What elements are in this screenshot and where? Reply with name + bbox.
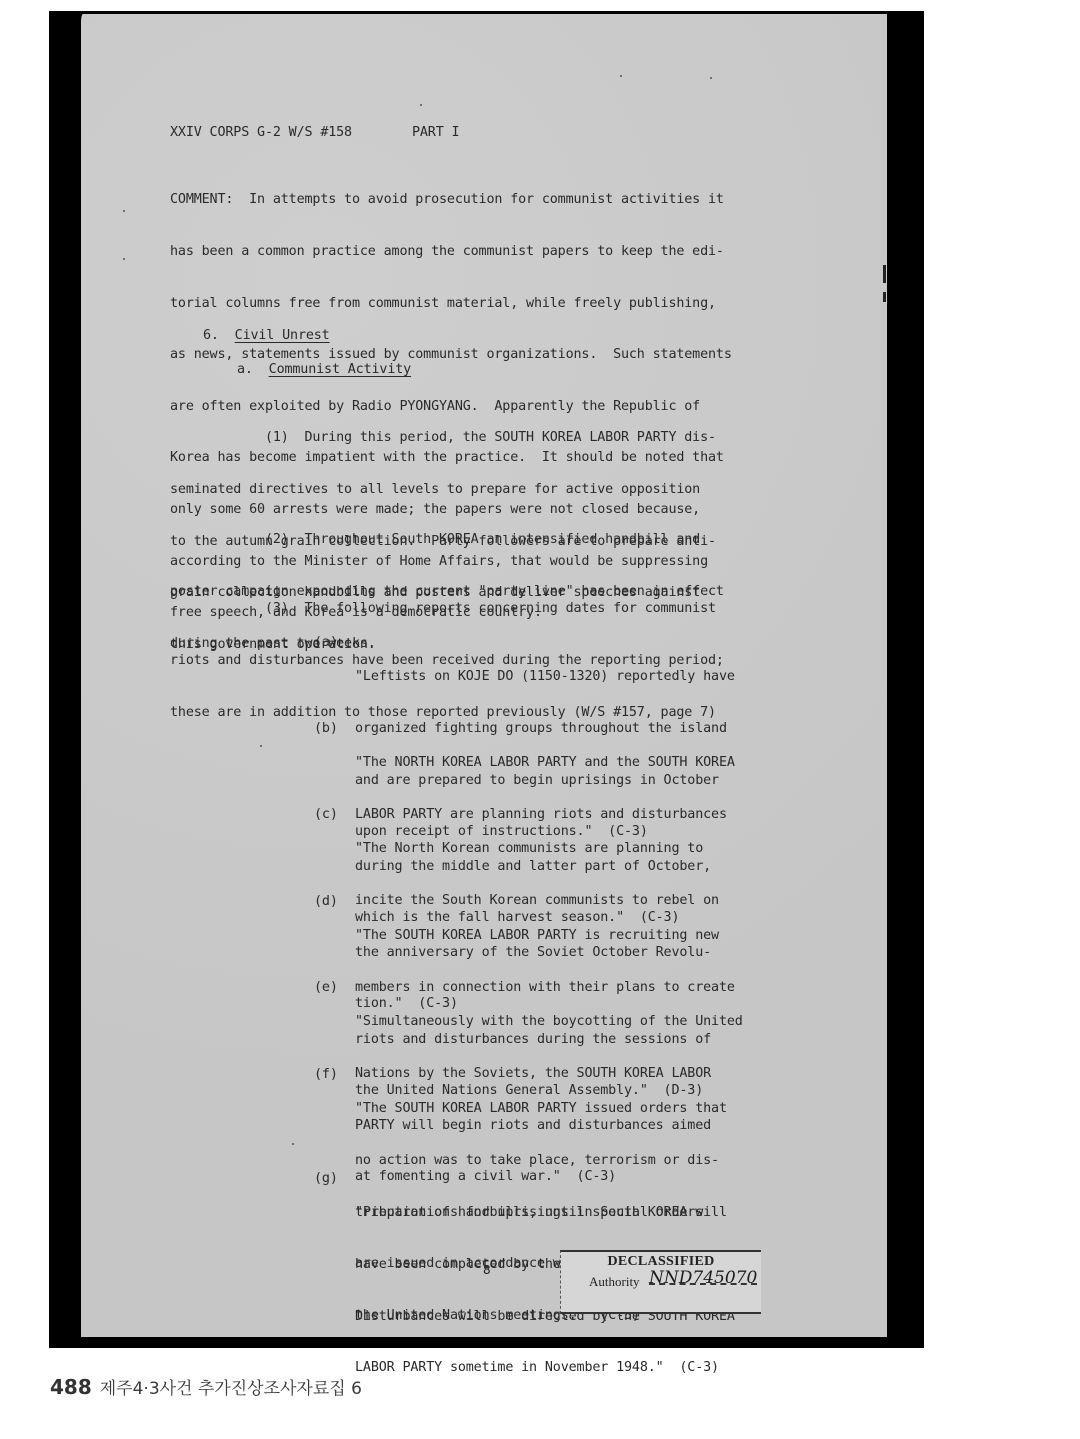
text-line: COMMENT: In attempts to avoid prosecutio… <box>170 191 732 208</box>
speck <box>260 745 262 747</box>
text-line: LABOR PARTY sometime in November 1948." … <box>355 1359 743 1376</box>
text-line: (1) During this period, the SOUTH KOREA … <box>170 429 716 446</box>
edge-mark <box>883 265 886 283</box>
subsection-title: Communist Activity <box>269 362 411 377</box>
text-line: "Simultaneously with the boycotting of t… <box>355 1013 743 1030</box>
header-ref: XXIV CORPS G-2 W/S #158 <box>170 125 352 140</box>
text-line: (2) Throughout South KOREA an intensifie… <box>170 531 724 548</box>
report-label: (a) <box>314 634 338 651</box>
speck <box>710 77 712 79</box>
text-line: "The SOUTH KOREA LABOR PARTY is recruiti… <box>355 927 735 944</box>
text-line: torial columns free from communist mater… <box>170 295 732 312</box>
speck <box>620 75 622 77</box>
report-label: (f) <box>314 1066 338 1083</box>
report-item-a: (a) "Leftists on KOJE DO (1150-1320) rep… <box>314 634 330 686</box>
subsection-letter: a. <box>237 362 253 377</box>
text-line: no action was to take place, terrorism o… <box>355 1152 727 1169</box>
stamp-authority-label: Authority <box>589 1274 640 1290</box>
stamp-authority-value: NND745070 <box>649 1268 757 1288</box>
text-line: "The North Korean communists are plannin… <box>355 840 719 857</box>
speck <box>292 1143 294 1145</box>
book-title: 제주4·3사건 추가진상조사자료집 6 <box>100 1379 362 1399</box>
text-line: "Preparations for uprisings in South KOR… <box>355 1204 743 1221</box>
speck <box>123 210 125 212</box>
book-page-number: 488 <box>50 1375 92 1399</box>
section-heading-6: 6. Civil Unrest <box>203 327 330 344</box>
report-label: (e) <box>314 979 338 996</box>
report-item-d: (d) "The SOUTH KOREA LABOR PARTY is recr… <box>314 893 330 945</box>
report-label: (d) <box>314 893 338 910</box>
section-number: 6. <box>203 328 219 343</box>
text-line: seminated directives to all levels to pr… <box>170 481 716 498</box>
text-line: "The SOUTH KOREA LABOR PARTY issued orde… <box>355 1100 727 1117</box>
header-part: PART I <box>412 125 459 140</box>
report-item-e: (e) "Simultaneously with the boycotting … <box>314 979 330 1031</box>
subsection-heading-a: a. Communist Activity <box>237 361 411 378</box>
book-footer: 488제주4·3사건 추가진상조사자료집 6 <box>50 1374 362 1399</box>
text-line: "Leftists on KOJE DO (1150-1320) reporte… <box>355 668 735 685</box>
speck <box>123 258 125 260</box>
report-label: (b) <box>314 720 338 737</box>
section-title: Civil Unrest <box>235 328 330 343</box>
declassified-stamp: DECLASSIFIED Authority NND745070 <box>560 1250 761 1314</box>
report-label: (c) <box>314 806 338 823</box>
report-item-f: (f) "The SOUTH KOREA LABOR PARTY issued … <box>314 1066 330 1118</box>
text-line: "The NORTH KOREA LABOR PARTY and the SOU… <box>355 754 735 771</box>
text-line: has been a common practice among the com… <box>170 243 732 260</box>
report-item-g: (g) "Preparations for uprisings in South… <box>314 1170 330 1222</box>
document-header: XXIV CORPS G-2 W/S #158PART I <box>170 124 459 141</box>
report-item-b: (b) "The NORTH KOREA LABOR PARTY and the… <box>314 720 330 772</box>
report-label: (g) <box>314 1170 338 1187</box>
document-page-number: 8 <box>483 1263 491 1277</box>
speck <box>420 104 422 106</box>
text-line: (3) The following reports concerning dat… <box>170 600 724 617</box>
report-item-c: (c) "The North Korean communists are pla… <box>314 806 330 858</box>
edge-mark <box>883 292 886 302</box>
